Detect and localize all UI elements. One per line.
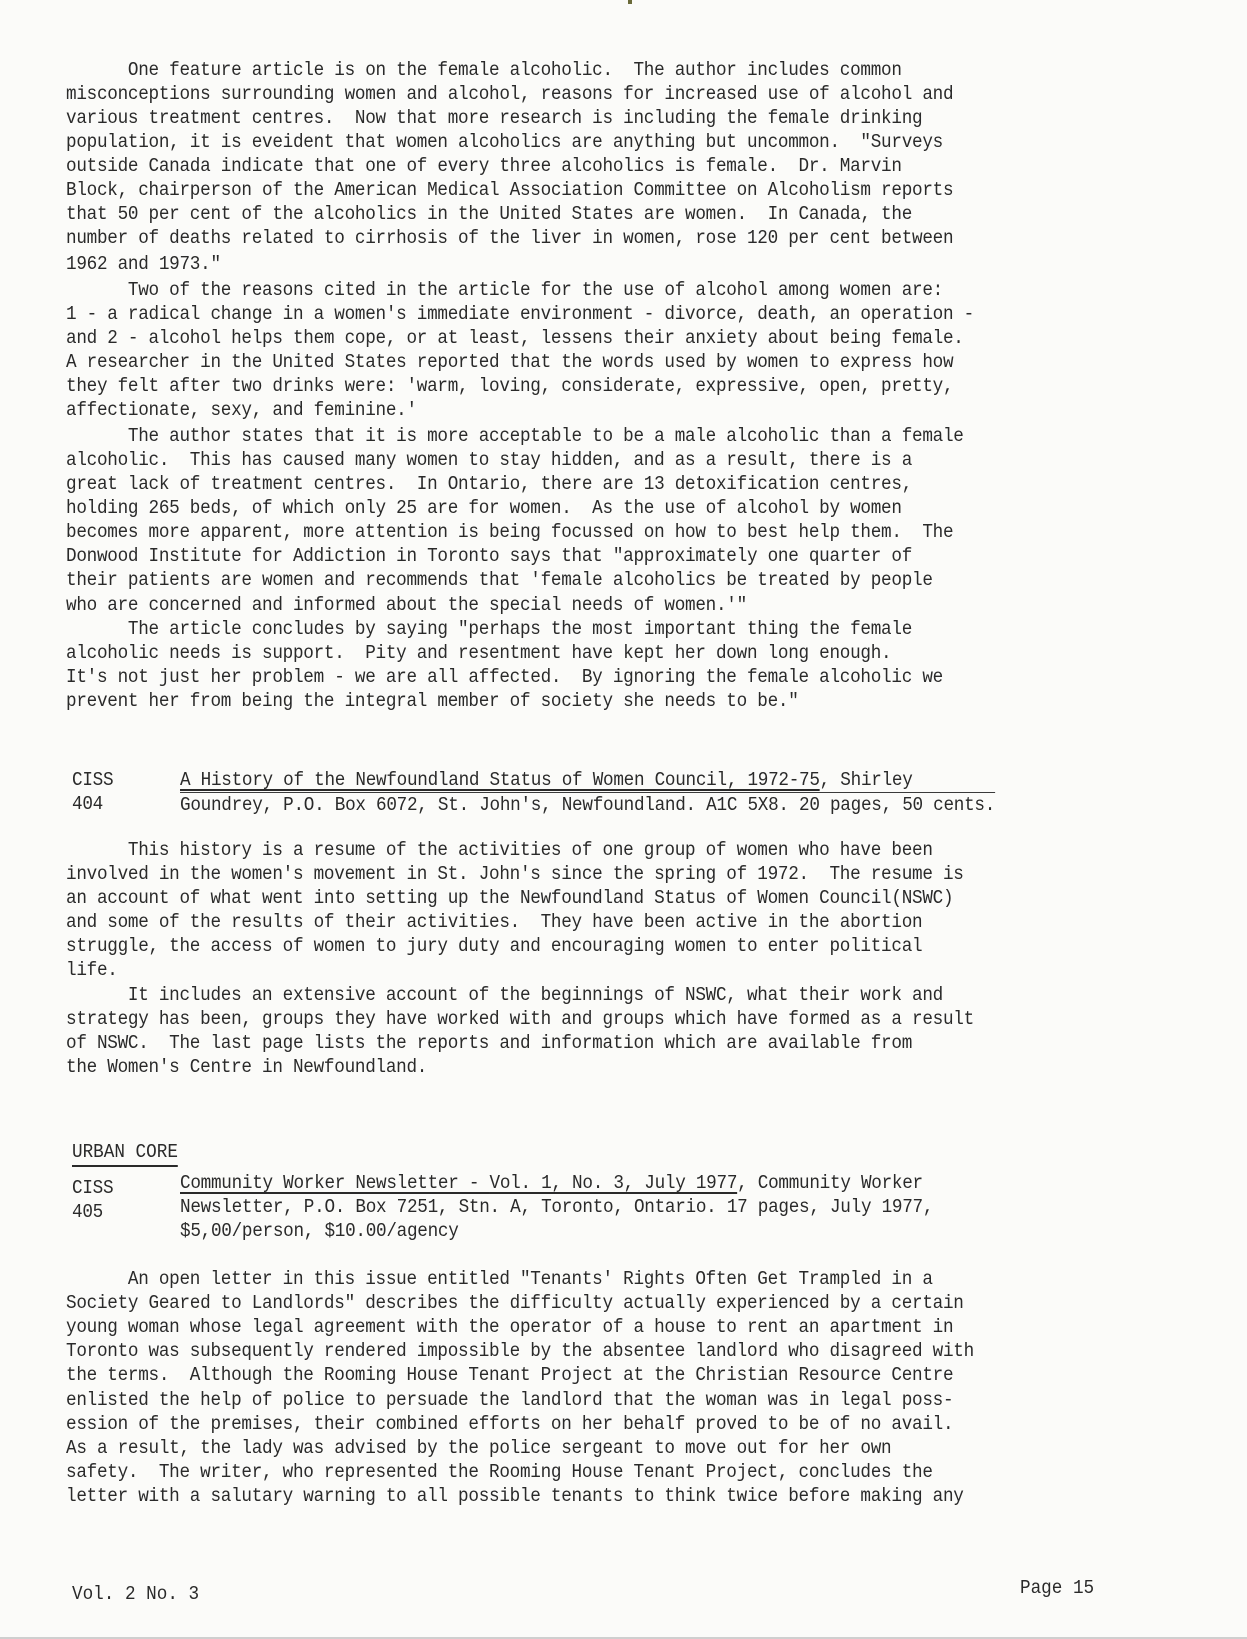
text-line: Two of the reasons cited in the article … — [66, 278, 943, 302]
text-line: population, it is eveident that women al… — [66, 130, 943, 154]
text-line: becomes more apparent, more attention is… — [66, 520, 953, 544]
text-line: that 50 per cent of the alcoholics in th… — [66, 202, 912, 226]
text-line: It includes an extensive account of the … — [66, 983, 943, 1007]
text-line: 1962 and 1973." — [66, 252, 221, 276]
text-line: The article concludes by saying "perhaps… — [66, 617, 912, 641]
text-line: holding 265 beds, of which only 25 are f… — [66, 496, 902, 520]
scan-speck — [628, 0, 632, 4]
entry-title-issue: Vol. 1, No. 3, July 1977 — [490, 1172, 738, 1194]
entry-publisher-start: , Community Worker — [737, 1172, 923, 1194]
text-line: strategy has been, groups they have work… — [66, 1007, 974, 1031]
entry-number: 404 — [72, 792, 103, 816]
text-line: the Women's Centre in Newfoundland. — [66, 1055, 427, 1079]
text-line: safety. The writer, who represented the … — [66, 1460, 933, 1484]
entry-citation-line: Goundrey, P.O. Box 6072, St. John's, New… — [180, 792, 995, 817]
entry-citation-line: Community Worker Newsletter - Vol. 1, No… — [180, 1171, 923, 1195]
entry-author-start: , Shirley — [820, 769, 913, 791]
text-line: young woman whose legal agreement with t… — [66, 1315, 953, 1339]
text-line: Block, chairperson of the American Medic… — [66, 178, 953, 202]
text-line: letter with a salutary warning to all po… — [66, 1484, 964, 1508]
text-line: and some of the results of their activit… — [66, 910, 922, 934]
section-heading-urban-core: URBAN CORE — [72, 1140, 178, 1167]
footer-page-number: Page 15 — [1020, 1576, 1094, 1600]
entry-citation-line: Newsletter, P.O. Box 7251, Stn. A, Toron… — [180, 1195, 933, 1219]
text-line: affectionate, sexy, and feminine.' — [66, 398, 417, 422]
text-line: their patients are women and recommends … — [66, 568, 933, 592]
text-line: misconceptions surrounding women and alc… — [66, 82, 953, 106]
entry-number: 405 — [72, 1200, 103, 1224]
text-line: A researcher in the United States report… — [66, 350, 953, 374]
text-line: they felt after two drinks were: 'warm, … — [66, 374, 953, 398]
text-line: prevent her from being the integral memb… — [66, 689, 799, 713]
entry-title-start: Community Worker Newsletter - — [180, 1172, 490, 1194]
text-line: It's not just her problem - we are all a… — [66, 665, 943, 689]
text-line: involved in the women's movement in St. … — [66, 862, 964, 886]
text-line: struggle, the access of women to jury du… — [66, 934, 922, 958]
text-line: great lack of treatment centres. In Onta… — [66, 472, 912, 496]
text-line: of NSWC. The last page lists the reports… — [66, 1031, 912, 1055]
text-line: Toronto was subsequently rendered imposs… — [66, 1339, 974, 1363]
entry-title: A History of the Newfoundland Status of … — [180, 769, 820, 791]
text-line: various treatment centres. Now that more… — [66, 106, 922, 130]
entry-code: CISS — [72, 768, 113, 792]
text-line: outside Canada indicate that one of ever… — [66, 154, 902, 178]
entry-citation-line: A History of the Newfoundland Status of … — [180, 768, 913, 792]
text-line: alcoholic needs is support. Pity and res… — [66, 641, 891, 665]
text-line: life. — [66, 958, 118, 982]
text-line: and 2 - alcohol helps them cope, or at l… — [66, 326, 964, 350]
entry-code: CISS — [72, 1176, 113, 1200]
document-page: One feature article is on the female alc… — [0, 0, 1247, 1639]
footer-volume: Vol. 2 No. 3 — [72, 1582, 199, 1606]
text-line: an account of what went into setting up … — [66, 886, 953, 910]
text-line: the terms. Although the Rooming House Te… — [66, 1363, 953, 1387]
text-line: An open letter in this issue entitled "T… — [66, 1267, 933, 1291]
text-line: alcoholic. This has caused many women to… — [66, 448, 912, 472]
text-line: As a result, the lady was advised by the… — [66, 1436, 891, 1460]
text-line: 1 - a radical change in a women's immedi… — [66, 302, 974, 326]
text-line: who are concerned and informed about the… — [66, 593, 747, 617]
entry-price-line: $5,00/person, $10.00/agency — [180, 1219, 459, 1243]
text-line: ession of the premises, their combined e… — [66, 1412, 953, 1436]
text-line: number of deaths related to cirrhosis of… — [66, 226, 953, 250]
text-line: This history is a resume of the activiti… — [66, 838, 933, 862]
text-line: Donwood Institute for Addiction in Toron… — [66, 544, 912, 568]
text-line: Society Geared to Landlords" describes t… — [66, 1291, 964, 1315]
text-line: The author states that it is more accept… — [66, 424, 964, 448]
text-line: enlisted the help of police to persuade … — [66, 1388, 953, 1412]
text-line: One feature article is on the female alc… — [66, 58, 902, 82]
